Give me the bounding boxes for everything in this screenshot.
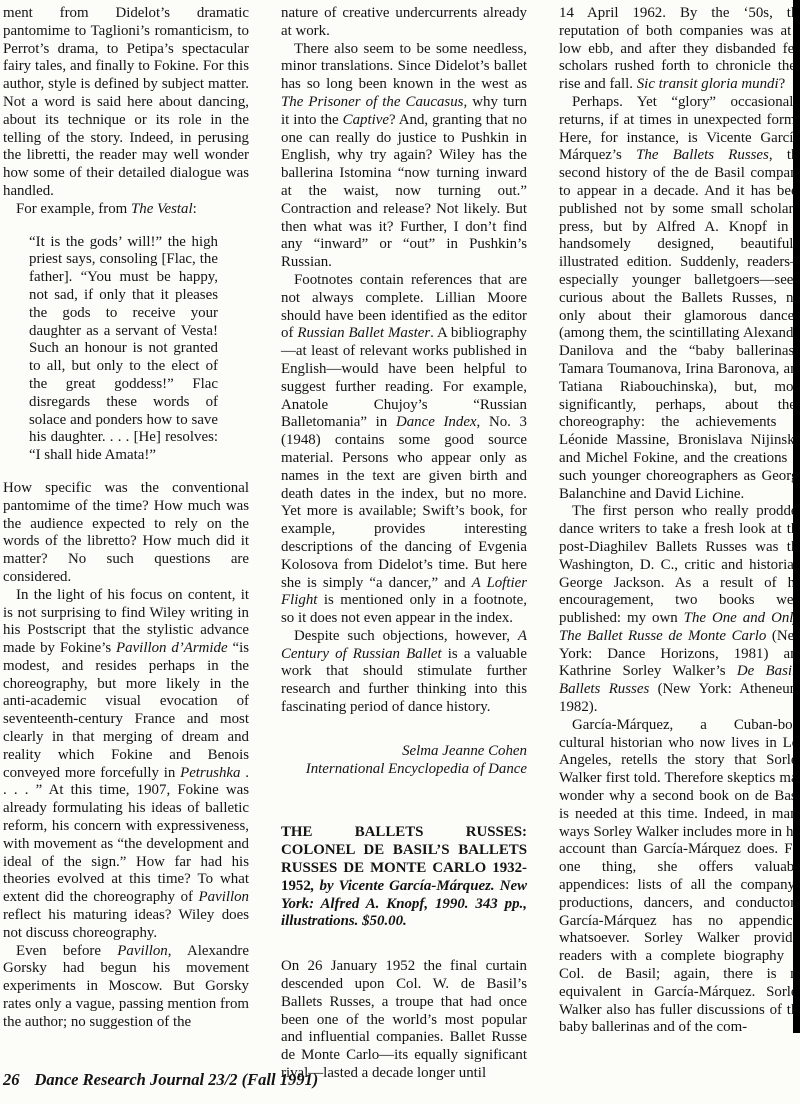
paragraph: 14 April 1962. By the ‘50s, the reputati… xyxy=(559,5,800,94)
journal-page: ment from Didelot’s dramatic pantomime t… xyxy=(0,0,800,1104)
block-quote: “It is the gods’ will!” the high priest … xyxy=(29,234,218,465)
text-columns: ment from Didelot’s dramatic pantomime t… xyxy=(3,5,800,1083)
book-review-heading: THE BALLETS RUSSES: COLONEL DE BASIL’S B… xyxy=(281,824,527,931)
paragraph: How specific was the conventional pantom… xyxy=(3,480,249,587)
paragraph: Perhaps. Yet “glory” occasionally return… xyxy=(559,94,800,503)
column-2: nature of creative undercurrents already… xyxy=(281,5,527,1083)
page-footer: 26Dance Research Journal 23/2 (Fall 1991… xyxy=(3,1070,318,1090)
paragraph: García-Márquez, a Cuban-born cultural hi… xyxy=(559,717,800,1037)
page-number: 26 xyxy=(3,1070,20,1089)
paragraph: In the light of his focus on content, it… xyxy=(3,587,249,943)
paragraph: The first person who really prodded danc… xyxy=(559,503,800,717)
paragraph: Even before Pavillon, Alexandre Gorsky h… xyxy=(3,943,249,1032)
signature-line: International Encyclopedia of Dance xyxy=(281,761,527,779)
journal-citation: Dance Research Journal 23/2 (Fall 1991) xyxy=(35,1070,319,1089)
column-3: 14 April 1962. By the ‘50s, the reputati… xyxy=(559,5,800,1083)
paragraph: For example, from The Vestal: xyxy=(3,201,249,219)
signature-line: Selma Jeanne Cohen xyxy=(281,743,527,761)
column-1: ment from Didelot’s dramatic pantomime t… xyxy=(3,5,249,1083)
scan-edge-artifact xyxy=(793,0,800,1033)
paragraph: There also seem to be some needless, min… xyxy=(281,41,527,272)
paragraph: ment from Didelot’s dramatic pantomime t… xyxy=(3,5,249,201)
paragraph: On 26 January 1952 the final curtain des… xyxy=(281,958,527,1083)
paragraph: nature of creative undercurrents already… xyxy=(281,5,527,41)
paragraph: Despite such objections, however, A Cent… xyxy=(281,628,527,717)
paragraph: Footnotes contain references that are no… xyxy=(281,272,527,628)
